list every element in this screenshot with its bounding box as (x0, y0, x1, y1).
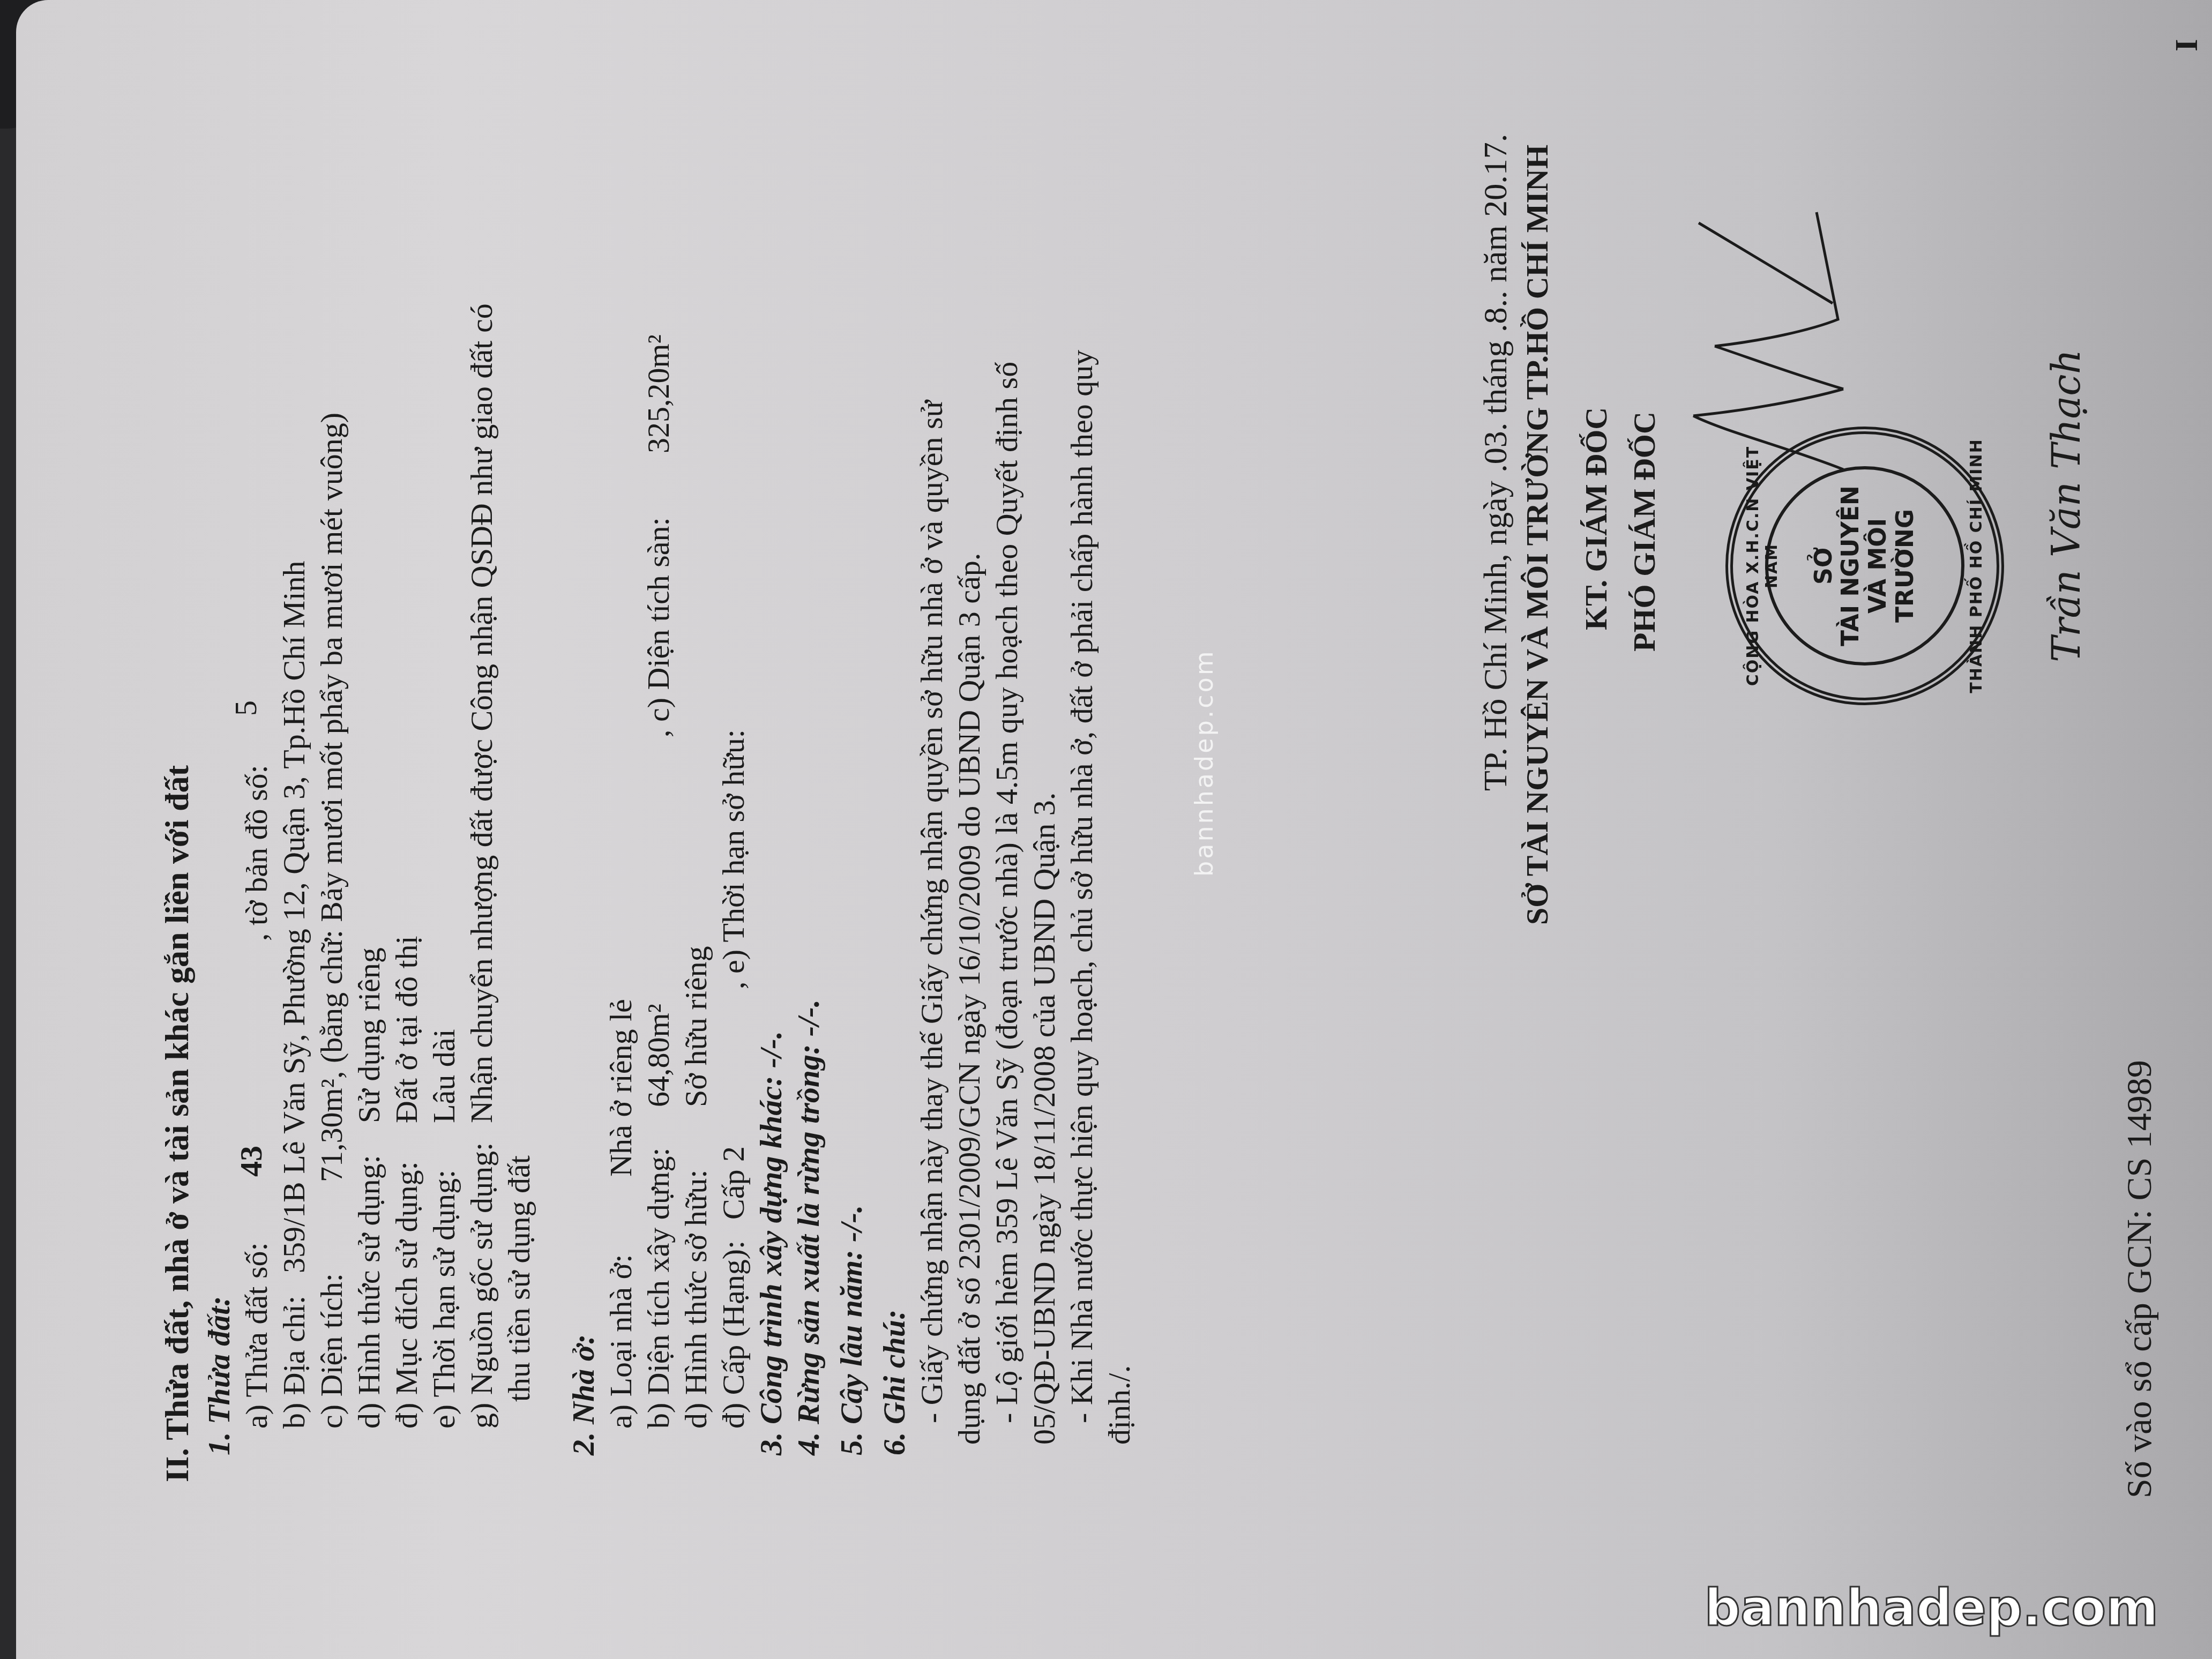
parcel-label: a) Thửa đất số: (241, 1242, 272, 1429)
grade-label: đ) Cấp (Hạng): (718, 1240, 749, 1429)
center-watermark: bannhadep.com (1190, 649, 1219, 877)
signer-title: PHÓ GIÁM ĐỐC (1629, 412, 1660, 652)
note-line: - Lộ giới hẻm 359 Lê Văn Sỹ (đoạn trước … (991, 362, 1022, 1423)
map-sheet-value: 5 (230, 700, 261, 716)
area-value: 71,30m², (bằng chữ: Bảy mươi mốt phẩy ba… (316, 413, 347, 1182)
use-form-label: d) Hình thức sử dụng: (354, 1155, 385, 1429)
issue-date: TP. Hồ Chí Minh, ngày .03. tháng .8.. nă… (1479, 134, 1512, 791)
section-heading: II. Thửa đất, nhà ở và tài sản khác gắn … (161, 765, 194, 1482)
term-value: Lâu dài (429, 1029, 460, 1123)
corner-watermark: bannhadep.com (1705, 1579, 2158, 1638)
origin-value: Nhận chuyển nhượng đất được Công nhận QS… (466, 303, 497, 1123)
build-area-label: b) Diện tích xây dựng: (643, 1148, 674, 1429)
address-value: 359/1B Lê Văn Sỹ, Phường 12, Quận 3, Tp.… (279, 561, 310, 1273)
stamp-line: VÀ MÔI TRƯỜNG (1865, 469, 1919, 662)
note-line: định./. (1104, 1365, 1135, 1445)
land-heading: 1. Thửa đất: (204, 1296, 235, 1455)
stamp-line: SỞ (1811, 547, 1838, 585)
ownership-label: d) Hình thức sở hữu: (681, 1170, 712, 1429)
page-marker: I (2170, 39, 2202, 51)
production-forest: 4. Rừng sản xuất là rừng trồng: -/-. (793, 999, 824, 1455)
map-sheet-label: , tờ bản đồ số: (241, 765, 272, 941)
build-area-value: 64,80m² (643, 1004, 674, 1107)
signer-name: Trần Văn Thạch (2047, 349, 2086, 662)
term-label: e) Thời hạn sử dụng: (429, 1170, 460, 1429)
grade-value: Cấp 2 (718, 1146, 749, 1220)
notes-heading: 6. Ghi chú: (879, 1310, 910, 1455)
ownership-value: Sở hữu riêng (681, 946, 712, 1107)
issuing-agency: SỞ TÀI NGUYÊN VÀ MÔI TRƯỜNG TP.HỒ CHÍ MI… (1522, 145, 1553, 925)
handwritten-signature-icon (1683, 201, 1865, 480)
address-label: b) Địa chỉ: (279, 1296, 310, 1429)
note-line: 05/QĐ-UBND ngày 18/11/2008 của UBND Quận… (1029, 793, 1060, 1445)
floor-area-label: , c) Diện tích sàn: (643, 517, 674, 737)
floor-area-value: 325,20m² (643, 334, 674, 453)
certificate-content: II. Thửa đất, nhà ở và tài sản khác gắn … (0, 0, 2212, 1659)
stamp-line: TÀI NGUYÊN (1837, 485, 1865, 646)
stamp-center: SỞ TÀI NGUYÊN VÀ MÔI TRƯỜNG (1765, 466, 1964, 666)
on-behalf-title: KT. GIÁM ĐỐC (1581, 407, 1612, 630)
ownership-term-label: , e) Thời hạn sở hữu: (718, 729, 749, 989)
purpose-label: đ) Mục đích sử dụng: (391, 1161, 422, 1429)
use-form-value: Sử dụng riêng (354, 947, 385, 1123)
other-construction: 3. Công trình xây dựng khác: -/-. (756, 1031, 787, 1455)
area-label: c) Diện tích: (316, 1273, 347, 1429)
purpose-value: Đất ở tại đô thị (391, 936, 422, 1123)
perennial-trees: 5. Cây lâu năm: -/-. (836, 1205, 867, 1455)
parcel-value: 43 (236, 1146, 267, 1177)
house-type-label: a) Loại nhà ở: (606, 1254, 637, 1429)
note-line: dụng đất ở số 2301/2009/GCN ngày 16/10/2… (954, 553, 985, 1445)
house-heading: 2. Nhà ở: (568, 1334, 599, 1455)
stamp-ring-bottom: THÀNH PHỐ HỒ CHÍ MINH (1967, 438, 1986, 693)
origin-value-cont: thu tiền sử dụng đất (504, 1155, 535, 1402)
house-type-value: Nhà ở riêng lẻ (606, 999, 637, 1177)
origin-label: g) Nguồn gốc sử dụng: (466, 1142, 497, 1429)
note-line: - Khi Nhà nước thực hiện quy hoạch, chủ … (1066, 350, 1097, 1423)
registry-number: Số vào sổ cấp GCN: CS 14989 (2122, 1060, 2157, 1498)
note-line: - Giấy chứng nhận này thay thế Giấy chứn… (916, 400, 947, 1423)
